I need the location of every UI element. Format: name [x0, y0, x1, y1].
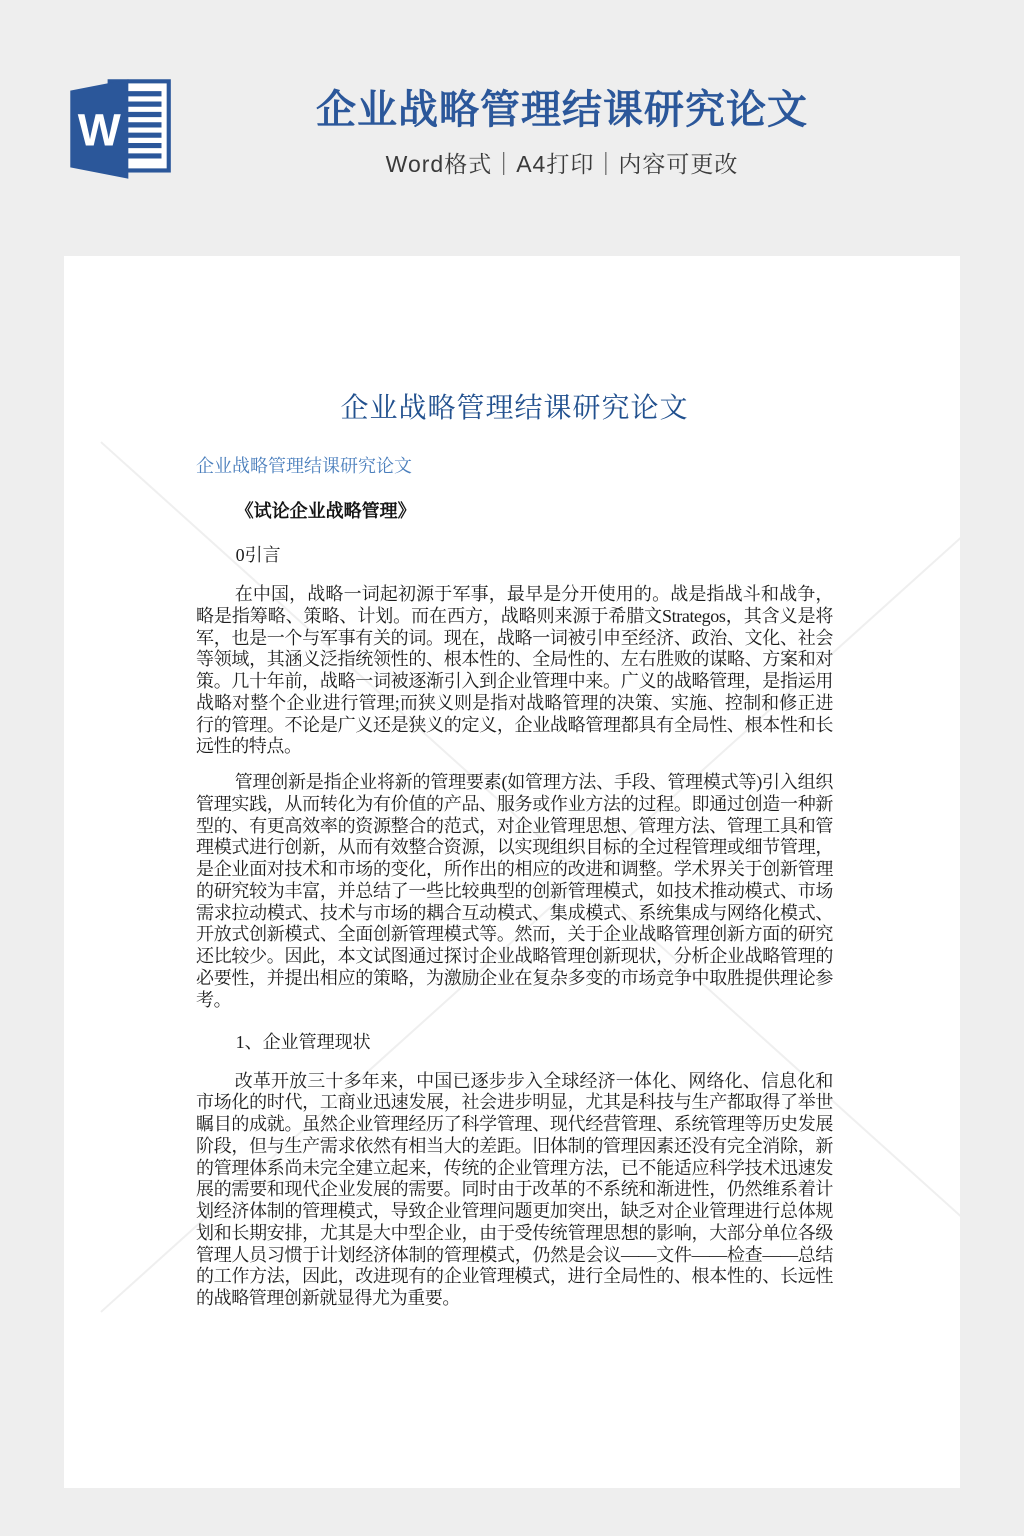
- paragraph: 在中国，战略一词起初源于军事，最早是分开使用的。战是指战斗和战争，略是指筹略、策…: [196, 584, 833, 758]
- word-icon: W: [62, 72, 176, 186]
- document-title: 企业战略管理结课研究论文: [196, 386, 833, 426]
- header: W 企业战略管理结课研究论文 Word格式｜A4打印｜内容可更改: [0, 0, 1024, 256]
- paragraph: 管理创新是指企业将新的管理要素(如管理方法、手段、管理模式等)引入组织管理实践，…: [196, 772, 833, 1011]
- section-introduction: 0引言 在中国，战略一词起初源于军事，最早是分开使用的。战是指战斗和战争，略是指…: [196, 541, 833, 1012]
- document-subtitle: 《试论企业战略管理》: [196, 497, 833, 523]
- section-heading: 0引言: [196, 541, 833, 567]
- document-page: 企业战略管理结课研究论文 企业战略管理结课研究论文 《试论企业战略管理》 0引言…: [64, 256, 960, 1488]
- section-heading: 1、企业管理现状: [196, 1028, 833, 1054]
- word-icon-letter: W: [78, 105, 121, 156]
- header-subtitle: Word格式｜A4打印｜内容可更改: [100, 146, 1024, 179]
- document-link[interactable]: 企业战略管理结课研究论文: [196, 452, 833, 478]
- section-management-status: 1、企业管理现状 改革开放三十多年来，中国已逐步步入全球经济一体化、网络化、信息…: [196, 1028, 833, 1310]
- header-title: 企业战略管理结课研究论文: [100, 86, 1024, 134]
- paragraph: 改革开放三十多年来，中国已逐步步入全球经济一体化、网络化、信息化和市场化的时代，…: [196, 1071, 833, 1310]
